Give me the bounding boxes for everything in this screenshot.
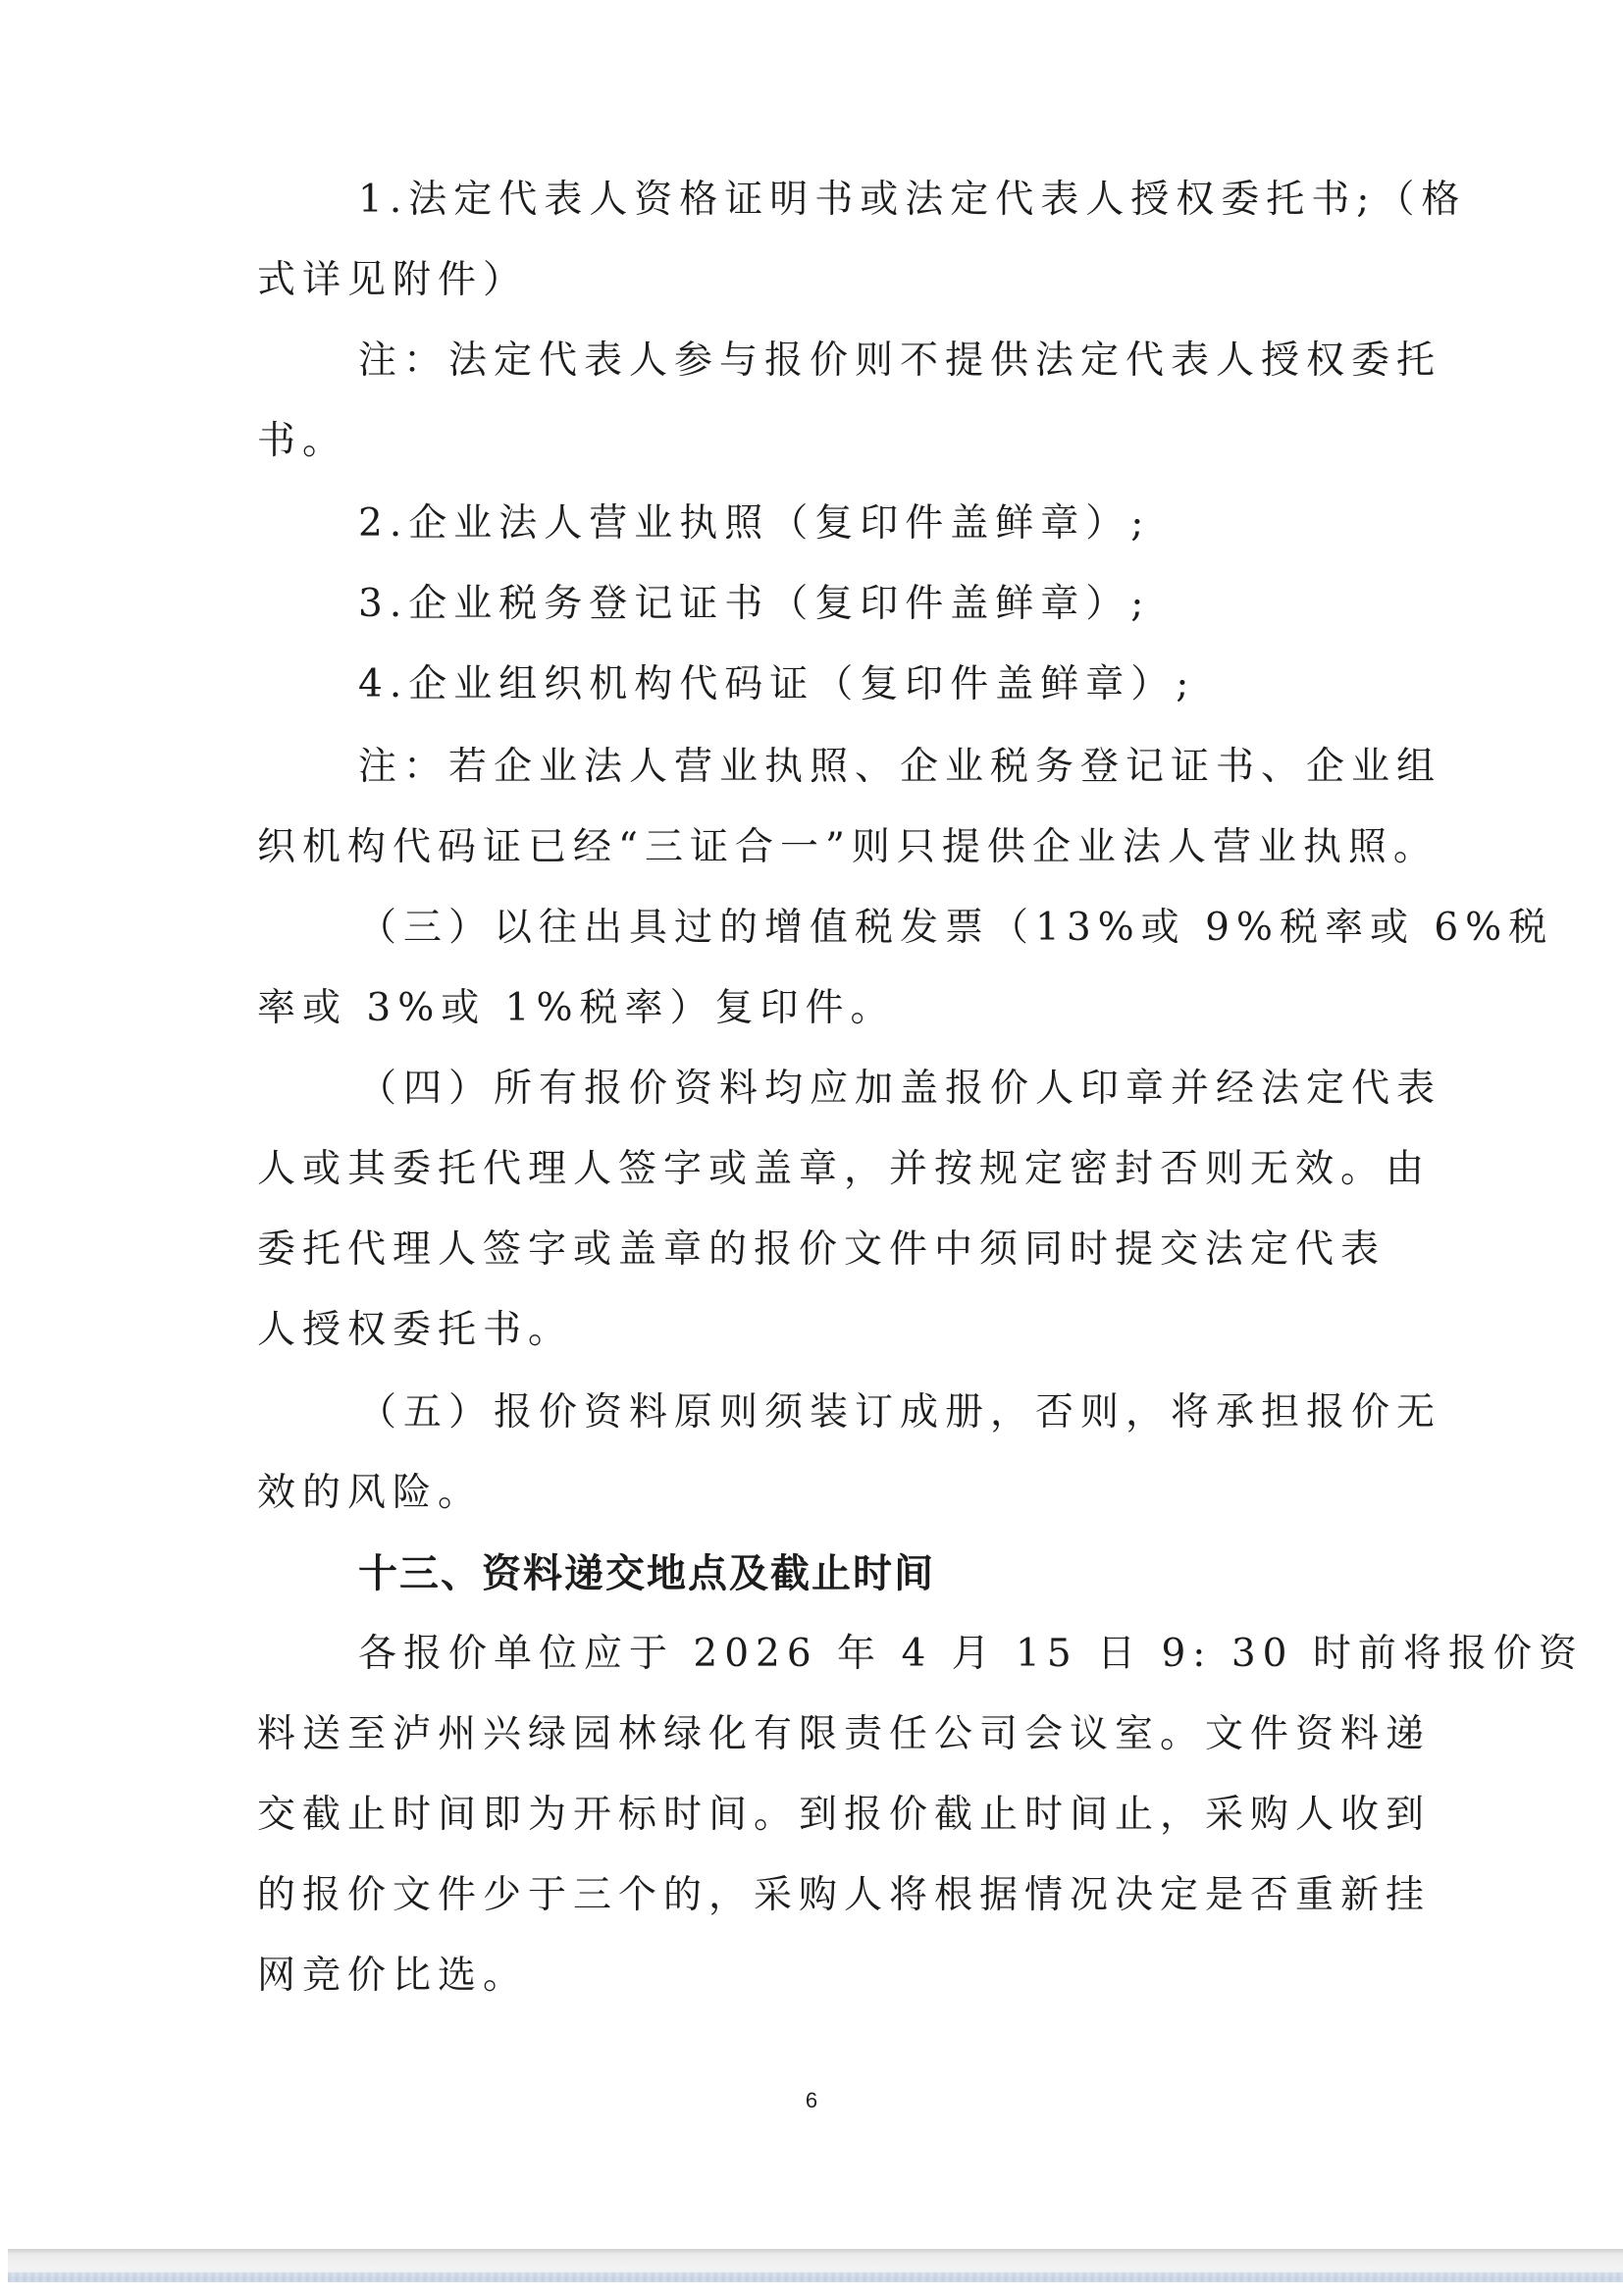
section-heading-13: 十三、资料递交地点及截止时间	[358, 1550, 935, 1597]
scan-edge-artifact	[8, 2249, 1623, 2282]
paragraph-line: 效的风险。	[257, 1470, 483, 1517]
paragraph-line: 式详见附件）	[257, 257, 528, 304]
deadline-line: 各报价单位应于 2026 年 4 月 15 日 9: 30 时前将报价资	[358, 1631, 1584, 1678]
paragraph-line-item-2: 2.企业法人营业执照（复印件盖鲜章）;	[358, 500, 1150, 548]
paragraph-line: 书。	[257, 418, 347, 465]
section-3-line: （三）以往出具过的增值税发票（13%或 9%税率或 6%税	[358, 905, 1553, 952]
paragraph-line: 织机构代码证已经“三证合一”则只提供企业法人营业执照。	[257, 824, 1439, 871]
paragraph-line-item-1: 1.法定代表人资格证明书或法定代表人授权委托书;（格	[358, 177, 1466, 224]
paragraph-line: 率或 3%或 1%税率）复印件。	[257, 985, 896, 1032]
paragraph-line: 网竞价比选。	[257, 1953, 528, 2000]
note-line: 注：若企业法人营业执照、企业税务登记证书、企业组	[358, 744, 1441, 791]
page-number: 6	[0, 2088, 1623, 2113]
paragraph-line: 交截止时间即为开标时间。到报价截止时间止，采购人收到	[257, 1792, 1431, 1839]
paragraph-line: 料送至泸州兴绿园林绿化有限责任公司会议室。文件资料递	[257, 1711, 1431, 1758]
paragraph-line: 人或其委托代理人签字或盖章，并按规定密封否则无效。由	[257, 1146, 1431, 1193]
document-page: 1.法定代表人资格证明书或法定代表人授权委托书;（格 式详见附件） 注：法定代表…	[0, 0, 1623, 2296]
paragraph-line: 委托代理人签字或盖章的报价文件中须同时提交法定代表	[257, 1226, 1386, 1274]
note-line: 注：法定代表人参与报价则不提供法定代表人授权委托	[358, 338, 1441, 385]
paragraph-line-item-4: 4.企业组织机构代码证（复印件盖鲜章）;	[358, 661, 1195, 708]
paragraph-line: 人授权委托书。	[257, 1307, 573, 1354]
section-4-line: （四）所有报价资料均应加盖报价人印章并经法定代表	[358, 1066, 1441, 1113]
paragraph-line: 的报价文件少于三个的，采购人将根据情况决定是否重新挂	[257, 1872, 1431, 1919]
paragraph-line-item-3: 3.企业税务登记证书（复印件盖鲜章）;	[358, 581, 1150, 628]
section-5-line: （五）报价资料原则须装订成册，否则，将承担报价无	[358, 1389, 1441, 1436]
